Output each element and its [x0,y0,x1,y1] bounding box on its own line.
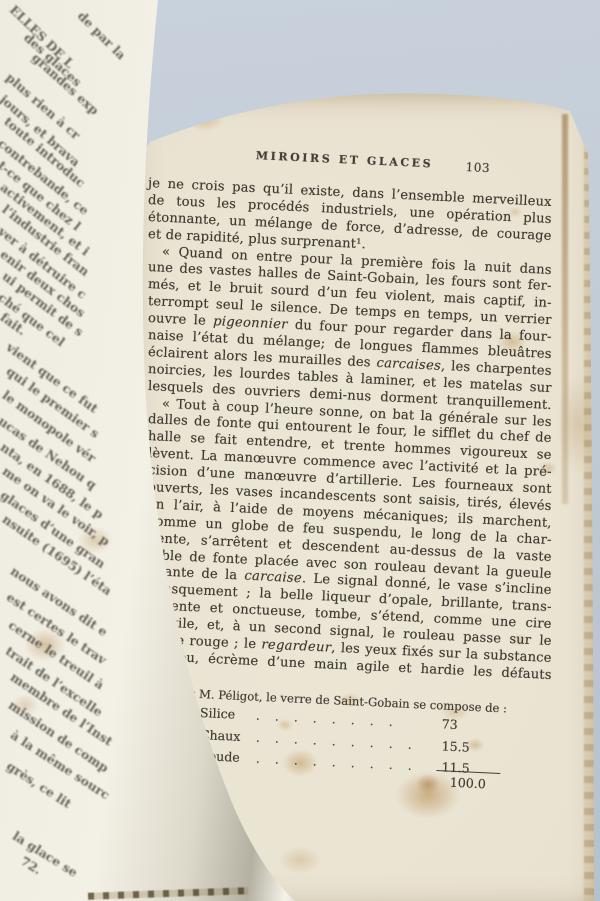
fn-dots: . . . . . . . . . [256,729,443,753]
page-number: 103 [465,160,490,175]
composition-total: 100.0 [436,770,501,792]
running-head: MIROIRS ET GLACES [256,149,434,170]
left-page-fragment: la glace se [10,828,80,880]
fn-val: 73 [441,716,500,734]
page-stack-edge [562,114,568,504]
book-photo: MIROIRS ET GLACES 103 je ne crois pas qu… [0,0,600,901]
fn-label: Silice [200,705,257,723]
left-page-fragment: de par la [75,8,129,62]
page-body: je ne crois pas qu’il existe, dans l’ens… [148,176,552,666]
fn-dots: . . . . . . . . . [256,751,443,775]
page-deckle-edge [584,104,596,901]
fn-val: 15.5 [441,738,500,756]
running-head-line: MIROIRS ET GLACES 103 [148,144,552,179]
